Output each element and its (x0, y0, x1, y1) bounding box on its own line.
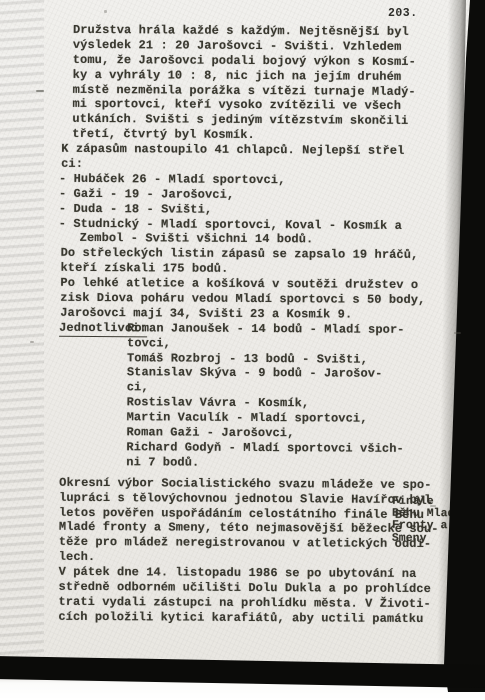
scanned-book-page: 203. Družstva hrála každé s každým. Nejt… (0, 0, 485, 700)
ink-speck (30, 341, 34, 343)
individuals-section: Jednotlivci: Roman Janoušek - 14 bodů - … (59, 321, 452, 472)
paragraph-diova-cup: Po lehké atletice a košíková v soutěži d… (60, 276, 452, 323)
ink-speck (104, 10, 107, 13)
individuals-list: Roman Janoušek - 14 bodů - Mladí spor-to… (126, 321, 452, 472)
ink-speck (36, 90, 44, 92)
ink-speck (454, 332, 461, 334)
individuals-heading: Jednotlivci: (59, 321, 147, 337)
binding-texture (0, 0, 44, 662)
ink-speck (430, 505, 436, 507)
paragraph-shooting-lists: Do střeleckých listin zápasů se zapsalo … (60, 246, 452, 278)
paragraph-teams: Družstva hrála každé s každým. Nejtěsněj… (72, 23, 454, 144)
paragraph-friday-november: V pátek dne 14. listopadu 1986 se po uby… (58, 565, 450, 627)
ink-speck (366, 26, 372, 28)
page-number: 203. (388, 7, 418, 20)
top-scorers-list: - Hubáček 26 - Mladí sportovci,- Gaži - … (59, 172, 453, 234)
paragraph-players-intro: K zápasům nastoupilo 41 chlapců. Nejlepš… (61, 142, 453, 174)
